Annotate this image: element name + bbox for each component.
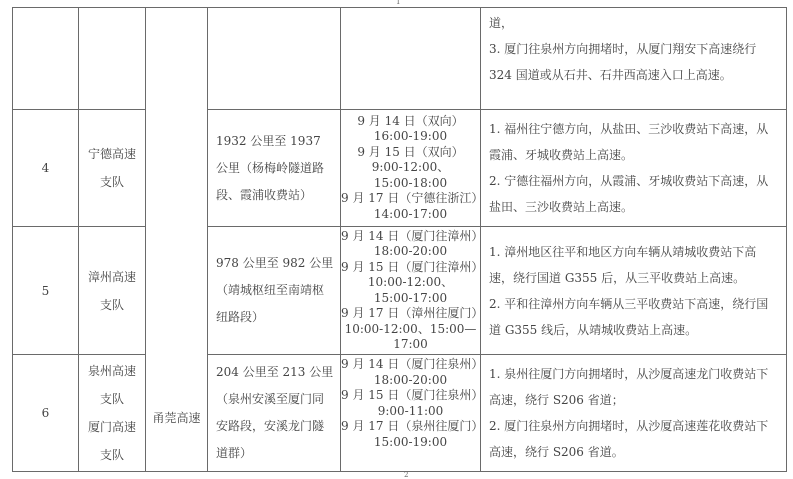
time-line: 9 月 17 日（宁德往浙江） <box>341 191 480 207</box>
time-line: 10:00-12:00、15:00—17:00 <box>341 322 480 353</box>
time-line: 9 月 15 日（厦门往漳州） <box>341 260 480 276</box>
time-line: 14:00-17:00 <box>341 207 480 223</box>
time-line: 9:00-11:00 <box>341 404 480 420</box>
detour-cell: 道， 3. 厦门往泉州方向拥堵时，从厦门翔安下高速绕行 324 国道或从石井、石… <box>481 8 787 110</box>
team-line: 支队 <box>79 441 145 469</box>
time-line: 9 月 14 日（厦门往漳州） <box>341 229 480 245</box>
page-number-top: 1 <box>396 0 400 6</box>
time-line: 15:00-17:00 <box>341 291 480 307</box>
detour-line: 1. 泉州往厦门方向拥堵时，从沙厦高速龙门收费站下高速，绕行 S206 省道； <box>489 361 778 413</box>
detour-line: 道， <box>489 10 778 36</box>
road-construction-table: 甬莞高速 道， 3. 厦门往泉州方向拥堵时，从厦门翔安下高速绕行 324 国道或… <box>12 7 787 472</box>
detour-line: 1. 福州往宁德方向，从盐田、三沙收费站下高速，从霞浦、牙城收费站上高速。 <box>489 116 778 168</box>
times-cell: 9 月 14 日（厦门往泉州） 18:00-20:00 9 月 15 日（厦门往… <box>341 355 481 472</box>
team-cell: 泉州高速 支队 厦门高速 支队 <box>79 355 146 472</box>
times-cell <box>341 8 481 110</box>
time-line: 9 月 15 日（双向） <box>341 145 480 161</box>
segment-cell: 204 公里至 213 公里（泉州安溪至厦门同安路段，安溪龙门隧道群） <box>208 355 341 472</box>
team-line: 支队 <box>79 385 145 413</box>
index-cell: 6 <box>13 355 79 472</box>
detour-line: 2. 厦门往泉州方向拥堵时，从沙厦高速莲花收费站下高速，绕行 S206 省道。 <box>489 413 778 465</box>
team-line: 支队 <box>79 168 145 196</box>
time-line: 9 月 17 日（漳州往厦门） <box>341 306 480 322</box>
team-line: 厦门高速 <box>79 413 145 441</box>
time-line: 18:00-20:00 <box>341 244 480 260</box>
detour-cell: 1. 泉州往厦门方向拥堵时，从沙厦高速龙门收费站下高速，绕行 S206 省道； … <box>481 355 787 472</box>
detour-line: 3. 厦门往泉州方向拥堵时，从厦门翔安下高速绕行 324 国道或从石井、石井西高… <box>489 36 778 88</box>
time-line: 15:00-18:00 <box>341 176 480 192</box>
detour-line: 1. 漳州地区往平和地区方向车辆从靖城收费站下高速，绕行国道 G355 后，从三… <box>489 239 778 291</box>
time-line: 16:00-19:00 <box>341 129 480 145</box>
time-line: 9 月 14 日（双向） <box>341 114 480 130</box>
table-row: 5 漳州高速 支队 978 公里至 982 公里（靖城枢纽至南靖枢纽路段） 9 … <box>13 227 787 355</box>
time-line: 15:00-19:00 <box>341 435 480 451</box>
time-line: 9 月 14 日（厦门往泉州） <box>341 357 480 373</box>
segment-cell <box>208 8 341 110</box>
detour-line: 2. 宁德往福州方向，从霞浦、牙城收费站下高速，从盐田、三沙收费站上高速。 <box>489 168 778 220</box>
time-line: 9:00-12:00、 <box>341 160 480 176</box>
road-name: 甬莞高速 <box>146 409 207 426</box>
detour-line: 2. 平和往漳州方向车辆从三平收费站下高速，绕行国道 G355 线后，从靖城收费… <box>489 291 778 343</box>
segment-cell: 978 公里至 982 公里（靖城枢纽至南靖枢纽路段） <box>208 227 341 355</box>
time-line: 10:00-12:00、 <box>341 275 480 291</box>
time-line: 9 月 17 日（泉州往厦门） <box>341 419 480 435</box>
page-number-bottom: 2 <box>404 471 408 479</box>
team-line: 支队 <box>79 291 145 319</box>
times-cell: 9 月 14 日（厦门往漳州） 18:00-20:00 9 月 15 日（厦门往… <box>341 227 481 355</box>
table-row: 6 泉州高速 支队 厦门高速 支队 204 公里至 213 公里（泉州安溪至厦门… <box>13 355 787 472</box>
detour-cell: 1. 福州往宁德方向，从盐田、三沙收费站下高速，从霞浦、牙城收费站上高速。 2.… <box>481 110 787 227</box>
table-row-continuation: 甬莞高速 道， 3. 厦门往泉州方向拥堵时，从厦门翔安下高速绕行 324 国道或… <box>13 8 787 110</box>
index-cell: 4 <box>13 110 79 227</box>
table-row: 4 宁德高速 支队 1932 公里至 1937 公里（杨梅岭隧道路段、霞浦收费站… <box>13 110 787 227</box>
team-line: 漳州高速 <box>79 263 145 291</box>
time-line: 9 月 15 日（厦门往泉州） <box>341 388 480 404</box>
detour-cell: 1. 漳州地区往平和地区方向车辆从靖城收费站下高速，绕行国道 G355 后，从三… <box>481 227 787 355</box>
segment-cell: 1932 公里至 1937 公里（杨梅岭隧道路段、霞浦收费站） <box>208 110 341 227</box>
team-cell <box>79 8 146 110</box>
team-line: 宁德高速 <box>79 140 145 168</box>
team-line: 泉州高速 <box>79 357 145 385</box>
time-line: 18:00-20:00 <box>341 373 480 389</box>
team-cell: 漳州高速 支队 <box>79 227 146 355</box>
index-cell <box>13 8 79 110</box>
team-cell: 宁德高速 支队 <box>79 110 146 227</box>
index-cell: 5 <box>13 227 79 355</box>
times-cell: 9 月 14 日（双向） 16:00-19:00 9 月 15 日（双向） 9:… <box>341 110 481 227</box>
road-name-cell: 甬莞高速 <box>146 8 208 472</box>
